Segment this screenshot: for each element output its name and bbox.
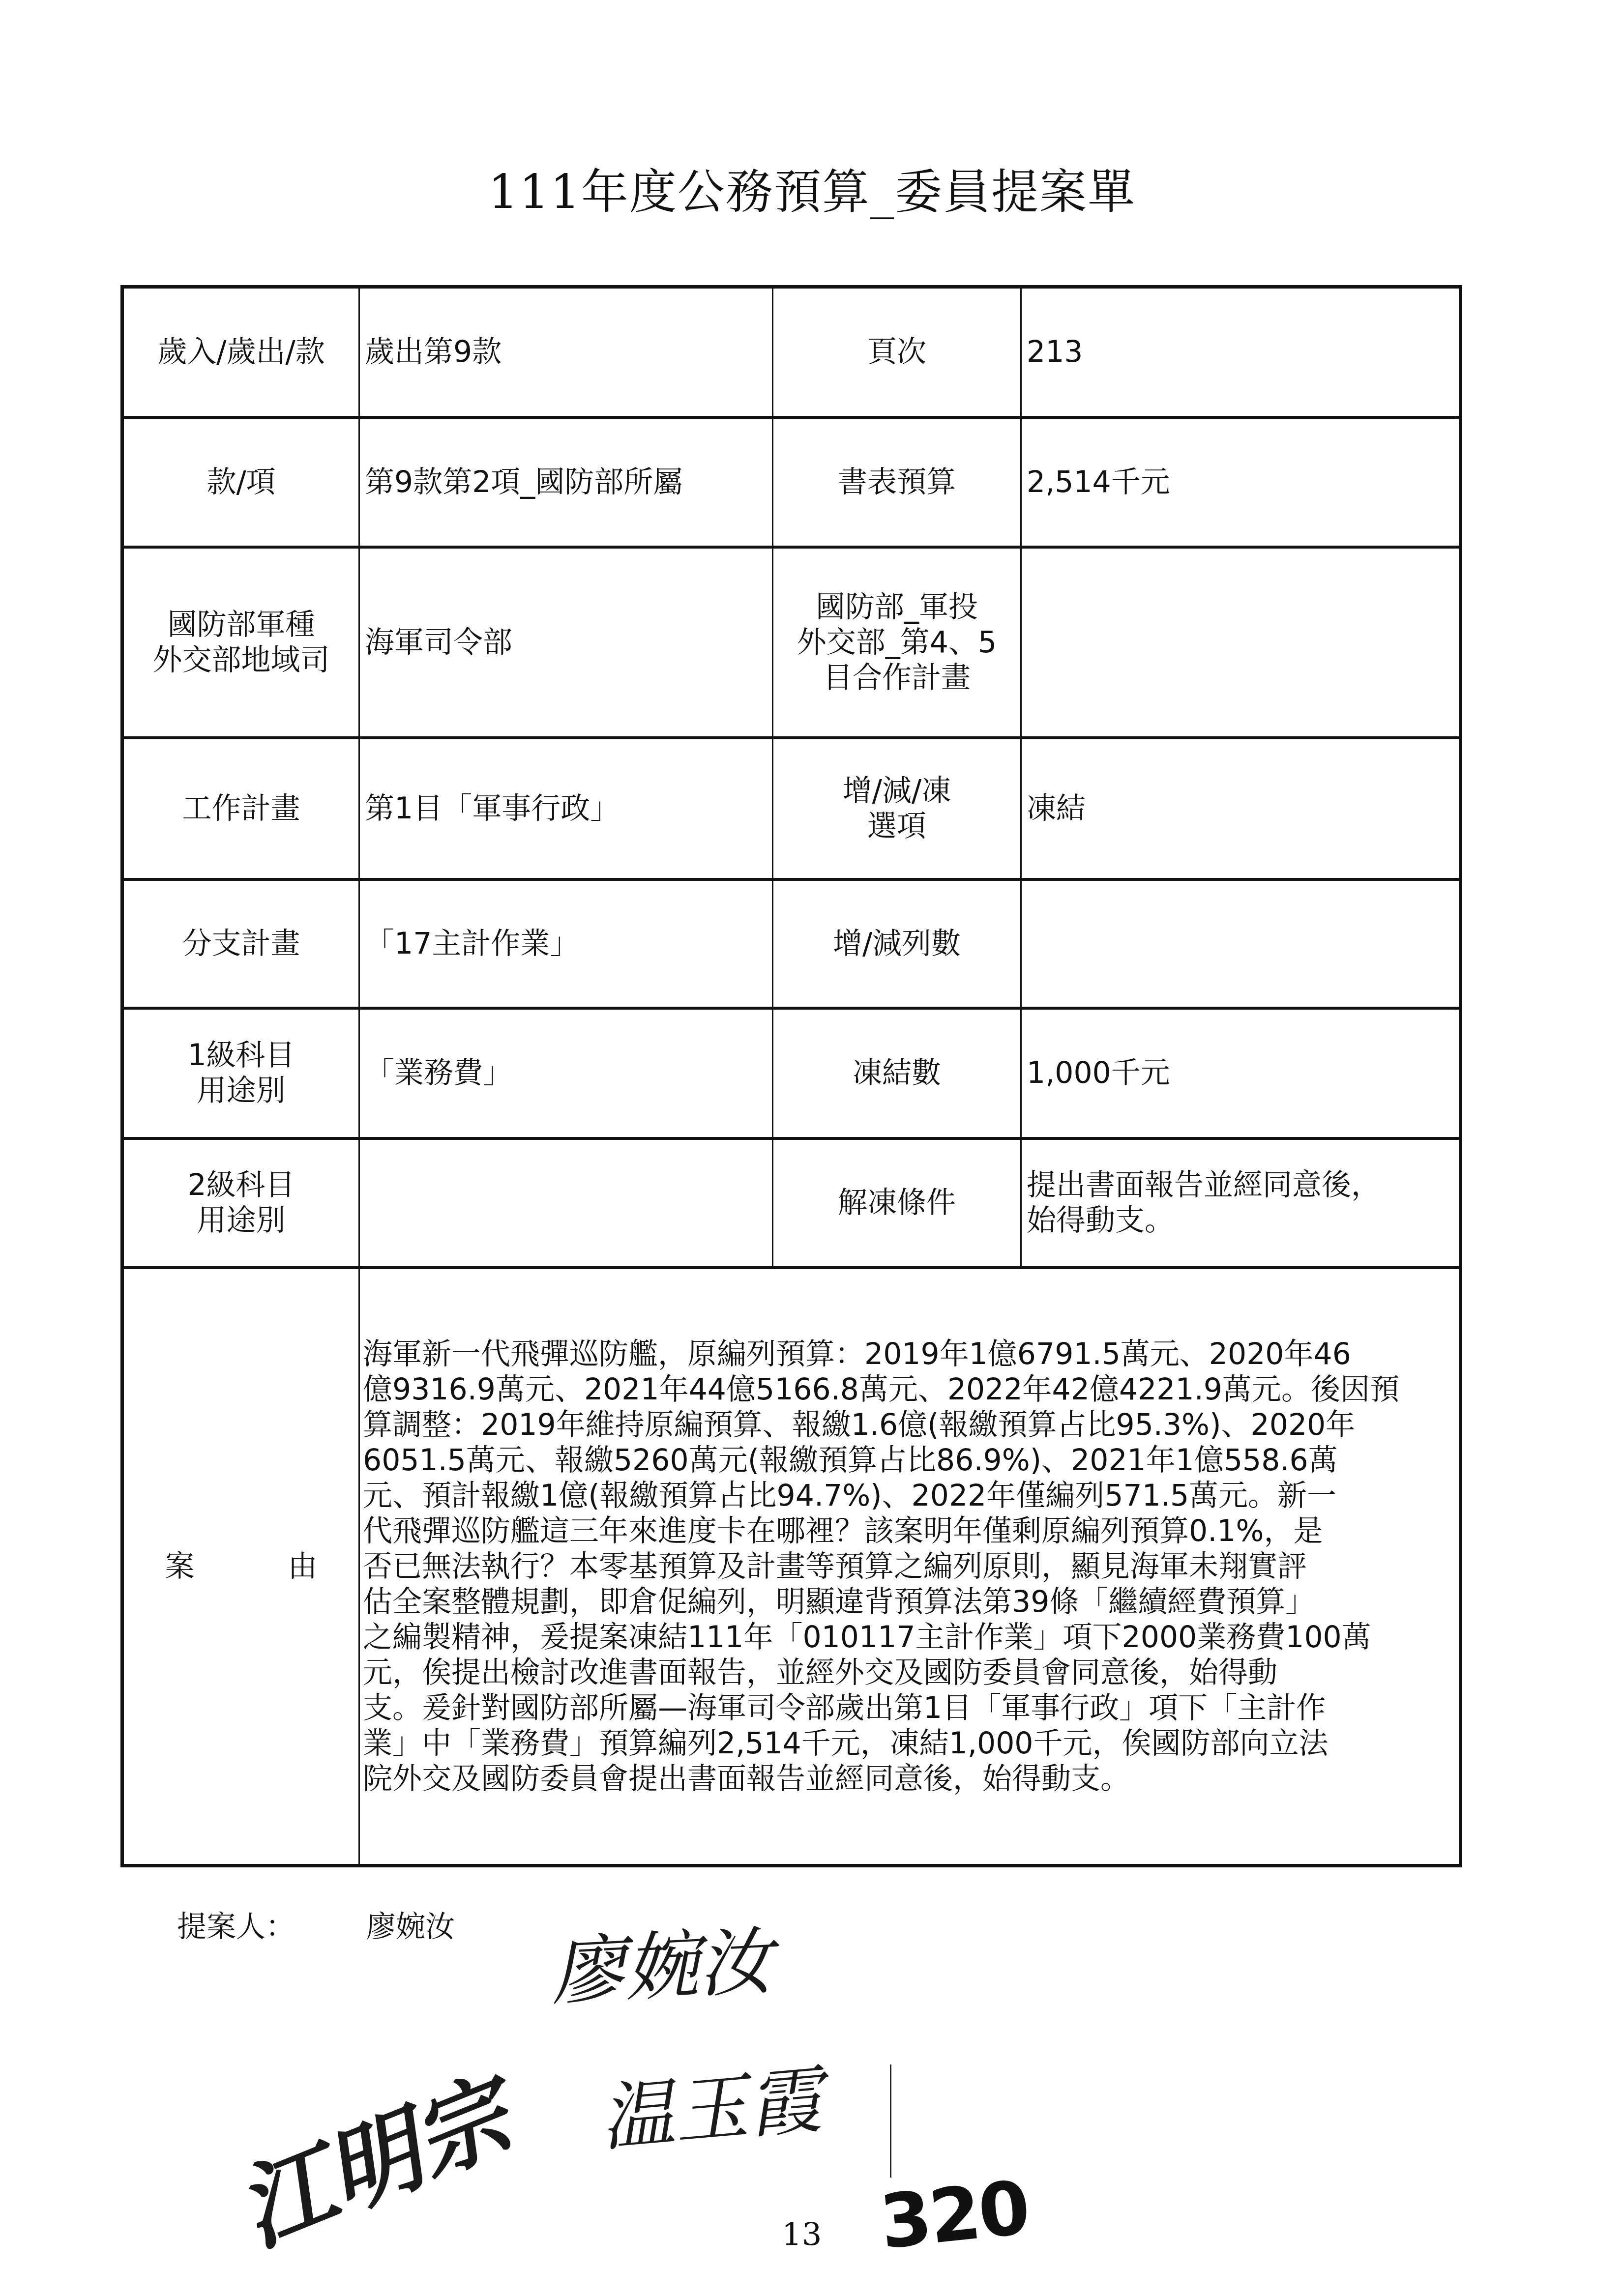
label-level1-subject: 1級科目 用途別 (122, 1008, 359, 1138)
value-level2-subject (359, 1138, 773, 1268)
value-work-plan: 第1目「軍事行政」 (359, 738, 773, 879)
form-row-level1-subject: 1級科目 用途別 「業務費」 凍結數 1,000千元 (122, 1008, 1461, 1138)
label-account-item: 款/項 (122, 417, 359, 547)
reason-line: 之編製精神，爰提案凍結111年「010117主計作業」項下2000業務費100萬 (363, 1620, 1457, 1655)
label-military-branch-line: 國防部軍種 (124, 607, 358, 642)
handwritten-signature: 温玉霞 (595, 2040, 825, 2165)
label-cooperation-plan: 國防部_軍投 外交部_第4、5 目合作計畫 (773, 547, 1021, 738)
value-frozen-amount: 1,000千元 (1021, 1008, 1461, 1138)
form-row-branch: 國防部軍種 外交部地域司 海軍司令部 國防部_軍投 外交部_第4、5 目合作計畫 (122, 547, 1461, 738)
reason-line: 算調整：2019年維持原編預算、報繳1.6億(報繳預算占比95.3%)、2020… (363, 1407, 1457, 1443)
form-row-reason: 案由 海軍新一代飛彈巡防艦，原編列預算：2019年1億6791.5萬元、2020… (122, 1268, 1461, 1866)
value-unfreeze-condition: 提出書面報告並經同意後， 始得動支。 (1021, 1138, 1461, 1268)
handwritten-signature: 江明宗 (216, 2041, 527, 2271)
reason-line: 否已無法執行？本零基預算及計畫等預算之編列原則，顯見海軍未翔實評 (363, 1549, 1457, 1584)
value-level1-subject: 「業務費」 (359, 1008, 773, 1138)
value-budget-amount: 2,514千元 (1021, 417, 1461, 547)
value-sub-plan: 「17主計作業」 (359, 879, 773, 1008)
form-row-item: 款/項 第9款第2項_國防部所屬 書表預算 2,514千元 (122, 417, 1461, 547)
document-title: 111年度公務預算_委員提案單 (0, 157, 1624, 226)
label-level2-subject-line: 用途別 (124, 1203, 358, 1238)
reason-line: 億9316.9萬元、2021年44億5166.8萬元、2022年42億4221.… (363, 1372, 1457, 1407)
proposal-form-table: 歲入/歲出/款 歲出第9款 頁次 213 款/項 第9款第2項_國防部所屬 書表… (120, 285, 1462, 1867)
label-budget-amount: 書表預算 (773, 417, 1021, 547)
label-sub-plan: 分支計畫 (122, 879, 359, 1008)
label-cooperation-plan-line: 目合作計畫 (773, 660, 1020, 696)
reason-line: 代飛彈巡防艦這三年來進度卡在哪裡？該案明年僅剩原編列預算0.1%，是 (363, 1513, 1457, 1549)
reason-line: 支。爰針對國防部所屬—海軍司令部歲出第1目「軍事行政」項下「主計作 (363, 1690, 1457, 1726)
label-frozen-amount: 凍結數 (773, 1008, 1021, 1138)
value-cooperation-plan (1021, 547, 1461, 738)
reason-line: 估全案整體規劃，即倉促編列，明顯違背預算法第39條「繼續經費預算」 (363, 1584, 1457, 1620)
label-adjustment-option-line: 選項 (773, 809, 1020, 844)
label-reason: 案由 (122, 1268, 359, 1866)
reason-line: 海軍新一代飛彈巡防艦，原編列預算：2019年1億6791.5萬元、2020年46 (363, 1337, 1457, 1372)
value-account-item: 第9款第2項_國防部所屬 (359, 417, 773, 547)
reason-line: 業」中「業務費」預算編列2,514千元，凍結1,000千元，俟國防部向立法 (363, 1726, 1457, 1761)
label-unfreeze-condition: 解凍條件 (773, 1138, 1021, 1268)
label-level2-subject-line: 2級科目 (124, 1167, 358, 1203)
label-adjustment-option-line: 增/減/凍 (773, 773, 1020, 809)
value-military-branch: 海軍司令部 (359, 547, 773, 738)
reason-line: 元，俟提出檢討改進書面報告，並經外交及國防委員會同意後，始得動 (363, 1655, 1457, 1690)
value-unfreeze-condition-line: 提出書面報告並經同意後， (1027, 1167, 1459, 1203)
reason-line: 院外交及國防委員會提出書面報告並經同意後，始得動支。 (363, 1761, 1457, 1797)
value-account: 歲出第9款 (359, 287, 773, 417)
label-cooperation-plan-line: 國防部_軍投 (773, 589, 1020, 625)
form-row-level2-subject: 2級科目 用途別 解凍條件 提出書面報告並經同意後， 始得動支。 (122, 1138, 1461, 1268)
proposer-label: 提案人： (177, 1907, 295, 1947)
reason-text: 海軍新一代飛彈巡防艦，原編列預算：2019年1億6791.5萬元、2020年46… (359, 1268, 1461, 1866)
label-level1-subject-line: 1級科目 (124, 1038, 358, 1073)
label-revenue-expenditure-account: 歲入/歲出/款 (122, 287, 359, 417)
label-level2-subject: 2級科目 用途別 (122, 1138, 359, 1268)
value-unfreeze-condition-line: 始得動支。 (1027, 1203, 1459, 1238)
signature-stroke (890, 2064, 891, 2178)
value-adjustment-amount (1021, 879, 1461, 1008)
label-page: 頁次 (773, 287, 1021, 417)
value-page: 213 (1021, 287, 1461, 417)
handwritten-signature: 廖婉汝 (548, 1901, 775, 2019)
handwritten-number: 320 (876, 2165, 1033, 2266)
label-adjustment-amount: 增/減列數 (773, 879, 1021, 1008)
label-cooperation-plan-line: 外交部_第4、5 (773, 625, 1020, 660)
form-row-sub-plan: 分支計畫 「17主計作業」 增/減列數 (122, 879, 1461, 1008)
label-military-branch: 國防部軍種 外交部地域司 (122, 547, 359, 738)
reason-line: 6051.5萬元、報繳5260萬元(報繳預算占比86.9%)、2021年1億55… (363, 1443, 1457, 1478)
label-reason-char: 案 (165, 1549, 195, 1584)
label-reason-char: 由 (288, 1549, 318, 1584)
value-adjustment-option: 凍結 (1021, 738, 1461, 879)
proposer-name: 廖婉汝 (366, 1907, 455, 1947)
form-row-account: 歲入/歲出/款 歲出第9款 頁次 213 (122, 287, 1461, 417)
label-work-plan: 工作計畫 (122, 738, 359, 879)
form-row-work-plan: 工作計畫 第1目「軍事行政」 增/減/凍 選項 凍結 (122, 738, 1461, 879)
reason-line: 元、預計報繳1億(報繳預算占比94.7%)、2022年僅編列571.5萬元。新一 (363, 1478, 1457, 1513)
label-adjustment-option: 增/減/凍 選項 (773, 738, 1021, 879)
page-number: 13 (782, 2217, 822, 2253)
label-level1-subject-line: 用途別 (124, 1073, 358, 1108)
label-military-branch-line: 外交部地域司 (124, 642, 358, 678)
